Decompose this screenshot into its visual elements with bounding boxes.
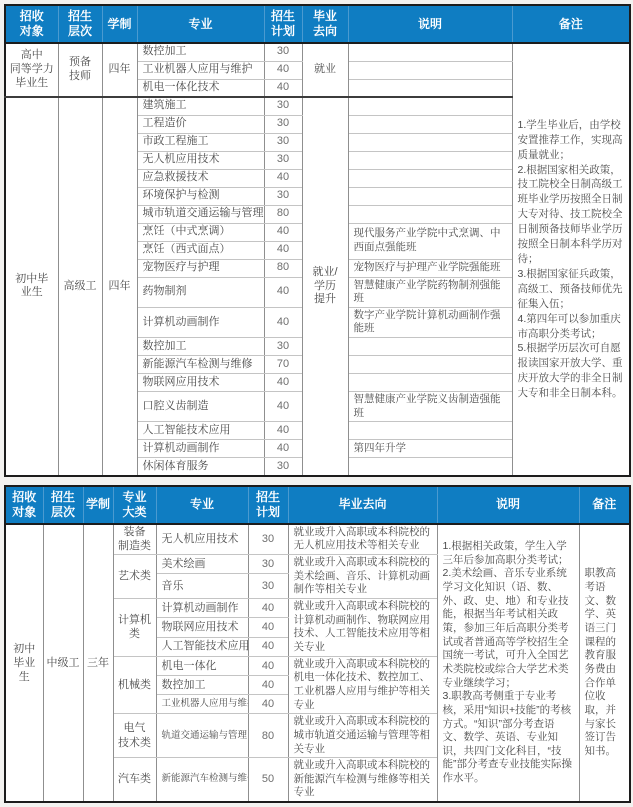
major-cell: 数控加工 <box>156 675 248 694</box>
duration-cell: 四年 <box>102 43 137 97</box>
note-cell <box>348 79 512 97</box>
note-cell <box>348 43 512 61</box>
remark-cell: 1.学生毕业后，由学校安置推荐工作，实现高质量就业； 2.根据国家相关政策，技工… <box>512 43 630 476</box>
destination-cell: 就业或升入高职或本科院校的机电一体化技术、数控加工、工业机器人应用与维护等相关专… <box>288 656 437 714</box>
plan-cell: 80 <box>264 205 302 223</box>
plan-cell: 30 <box>264 133 302 151</box>
destination-cell: 就业或升入高职或本科院校的计算机动画制作、物联网应用技术、人工智能技术应用等相关… <box>288 599 437 657</box>
major-cell: 工业机器人应用与维护 <box>156 695 248 714</box>
plan-cell: 30 <box>248 555 288 574</box>
major-cell: 工程造价 <box>137 115 264 133</box>
major-cell: 药物制剂 <box>137 277 264 307</box>
table-gap <box>4 477 629 485</box>
major-cell: 无人机应用技术 <box>137 151 264 169</box>
note-cell: 现代服务产业学院中式烹调、中西面点强能班 <box>348 223 512 259</box>
col-header-major: 专业 <box>156 486 248 524</box>
note-cell <box>348 422 512 440</box>
plan-cell: 40 <box>264 61 302 79</box>
plan-cell: 40 <box>264 374 302 392</box>
plan-cell: 40 <box>264 277 302 307</box>
major-cell: 美术绘画 <box>156 555 248 574</box>
plan-cell: 30 <box>264 43 302 61</box>
major-cell: 计算机动画制作 <box>156 599 248 618</box>
plan-cell: 30 <box>264 338 302 356</box>
plan-cell: 40 <box>264 223 302 241</box>
col-header-duration: 学制 <box>83 486 113 524</box>
plan-cell: 30 <box>264 187 302 205</box>
note-cell <box>348 187 512 205</box>
note-cell <box>348 374 512 392</box>
target-cell: 初中毕 业生 <box>5 97 58 476</box>
col-header-major: 专业 <box>137 5 264 43</box>
major-cell: 烹饪（中式烹调） <box>137 223 264 241</box>
col-header-remark: 备注 <box>512 5 630 43</box>
plan-cell: 40 <box>264 307 302 337</box>
major-cell: 休闲体育服务 <box>137 458 264 476</box>
category-cell: 电气 技术类 <box>113 714 156 758</box>
col-header-note: 说明 <box>437 486 579 524</box>
plan-cell: 70 <box>264 356 302 374</box>
major-cell: 工业机器人应用与维护 <box>137 61 264 79</box>
plan-cell: 30 <box>264 97 302 115</box>
major-cell: 机电一体化 <box>156 656 248 675</box>
target-cell: 高中 同等学力 毕业生 <box>5 43 58 97</box>
plan-cell: 40 <box>264 392 302 422</box>
col-header-plan: 招生 计划 <box>248 486 288 524</box>
major-cell: 环境保护与检测 <box>137 187 264 205</box>
plan-cell: 80 <box>248 714 288 758</box>
plan-cell: 40 <box>248 656 288 675</box>
level-cell: 预备 技师 <box>58 43 102 97</box>
plan-cell: 40 <box>248 695 288 714</box>
major-cell: 物联网应用技术 <box>156 618 248 637</box>
col-header-target: 招收 对象 <box>5 486 43 524</box>
note-cell <box>348 133 512 151</box>
table2-header-row: 招收 对象 招生 层次 学制 专业 大类 专业 招生 计划 毕业去向 说明 备注 <box>5 486 630 524</box>
major-cell: 应急救援技术 <box>137 169 264 187</box>
table1-header-row: 招收 对象 招生 层次 学制 专业 招生 计划 毕业 去向 说明 备注 <box>5 5 630 43</box>
plan-cell: 40 <box>248 618 288 637</box>
category-cell: 计算机 类 <box>113 599 156 657</box>
col-header-note: 说明 <box>348 5 512 43</box>
duration-cell: 四年 <box>102 97 137 476</box>
plan-cell: 30 <box>248 574 288 599</box>
plan-cell: 40 <box>264 169 302 187</box>
note-cell <box>348 151 512 169</box>
note-cell <box>348 61 512 79</box>
destination-cell: 就业/ 学历 提升 <box>302 97 348 476</box>
col-header-target: 招收 对象 <box>5 5 58 43</box>
level-cell: 中级工 <box>43 524 83 802</box>
table-row: 高中 同等学力 毕业生 预备 技师 四年 数控加工 30 就业 1.学生毕业后，… <box>5 43 630 61</box>
plan-cell: 30 <box>248 524 288 555</box>
category-cell: 装备 制造类 <box>113 524 156 555</box>
plan-cell: 50 <box>248 758 288 802</box>
major-cell: 建筑施工 <box>137 97 264 115</box>
note-cell: 智慧健康产业学院义齿制造强能班 <box>348 392 512 422</box>
level-cell: 高级工 <box>58 97 102 476</box>
col-header-duration: 学制 <box>102 5 137 43</box>
destination-cell: 就业 <box>302 43 348 97</box>
note-cell <box>348 458 512 476</box>
major-cell: 无人机应用技术 <box>156 524 248 555</box>
admissions-table-2: 招收 对象 招生 层次 学制 专业 大类 专业 招生 计划 毕业去向 说明 备注… <box>4 485 631 803</box>
major-cell: 市政工程施工 <box>137 133 264 151</box>
major-cell: 新能源汽车检测与维修 <box>137 356 264 374</box>
major-cell: 城市轨道交通运输与管理 <box>137 205 264 223</box>
destination-cell: 就业或升入高职或本科院校的无人机应用技术等相关专业 <box>288 524 437 555</box>
note-cell <box>348 97 512 115</box>
col-header-level: 招生 层次 <box>43 486 83 524</box>
col-header-destination: 毕业去向 <box>288 486 437 524</box>
major-cell: 数控加工 <box>137 43 264 61</box>
note-cell <box>348 205 512 223</box>
note-cell: 宠物医疗与护理产业学院强能班 <box>348 259 512 277</box>
admissions-table-1: 招收 对象 招生 层次 学制 专业 招生 计划 毕业 去向 说明 备注 高中 同… <box>4 4 631 477</box>
major-cell: 人工智能技术应用 <box>156 637 248 656</box>
col-header-level: 招生 层次 <box>58 5 102 43</box>
plan-cell: 40 <box>264 422 302 440</box>
major-cell: 物联网应用技术 <box>137 374 264 392</box>
major-cell: 计算机动画制作 <box>137 440 264 458</box>
note-cell: 数字产业学院计算机动画制作强能班 <box>348 307 512 337</box>
note-cell: 智慧健康产业学院药物制剂强能班 <box>348 277 512 307</box>
page: 招收 对象 招生 层次 学制 专业 招生 计划 毕业 去向 说明 备注 高中 同… <box>0 0 633 807</box>
major-cell: 轨道交通运输与管理 <box>156 714 248 758</box>
table-row: 初中 毕业生 中级工 三年 装备 制造类 无人机应用技术 30 就业或升入高职或… <box>5 524 630 555</box>
plan-cell: 30 <box>264 458 302 476</box>
plan-cell: 30 <box>264 151 302 169</box>
note-cell <box>348 338 512 356</box>
destination-cell: 就业或升入高职或本科院校的美术绘画、音乐、计算机动画制作等相关专业 <box>288 555 437 599</box>
col-header-remark: 备注 <box>579 486 630 524</box>
note-cell <box>348 356 512 374</box>
major-cell: 新能源汽车检测与维修 <box>156 758 248 802</box>
plan-cell: 40 <box>248 599 288 618</box>
category-cell: 艺术类 <box>113 555 156 599</box>
target-cell: 初中 毕业生 <box>5 524 43 802</box>
major-cell: 烹饪（西式面点） <box>137 241 264 259</box>
plan-cell: 40 <box>248 637 288 656</box>
major-cell: 数控加工 <box>137 338 264 356</box>
destination-cell: 就业或升入高职或本科院校的城市轨道交通运输与管理等相关专业 <box>288 714 437 758</box>
category-cell: 机械类 <box>113 656 156 714</box>
major-cell: 宠物医疗与护理 <box>137 259 264 277</box>
plan-cell: 40 <box>264 241 302 259</box>
col-header-category: 专业 大类 <box>113 486 156 524</box>
note-cell <box>348 169 512 187</box>
col-header-plan: 招生 计划 <box>264 5 302 43</box>
destination-cell: 就业或升入高职或本科院校的新能源汽车检测与维修等相关专业 <box>288 758 437 802</box>
note-cell: 第四年升学 <box>348 440 512 458</box>
plan-cell: 40 <box>248 675 288 694</box>
major-cell: 音乐 <box>156 574 248 599</box>
plan-cell: 40 <box>264 440 302 458</box>
major-cell: 口腔义齿制造 <box>137 392 264 422</box>
remark-cell: 职教高考语文、数学、英语三门课程的教育服务费由合作单位收取，并与家长签订告知书。 <box>579 524 630 802</box>
note-cell <box>348 115 512 133</box>
major-cell: 人工智能技术应用 <box>137 422 264 440</box>
major-cell: 计算机动画制作 <box>137 307 264 337</box>
plan-cell: 40 <box>264 79 302 97</box>
category-cell: 汽车类 <box>113 758 156 802</box>
major-cell: 机电一体化技术 <box>137 79 264 97</box>
col-header-destination: 毕业 去向 <box>302 5 348 43</box>
note-cell: 1.根据相关政策，学生入学三年后参加高职分类考试； 2.美术绘画、音乐专业系统学… <box>437 524 579 802</box>
plan-cell: 80 <box>264 259 302 277</box>
plan-cell: 30 <box>264 115 302 133</box>
duration-cell: 三年 <box>83 524 113 802</box>
